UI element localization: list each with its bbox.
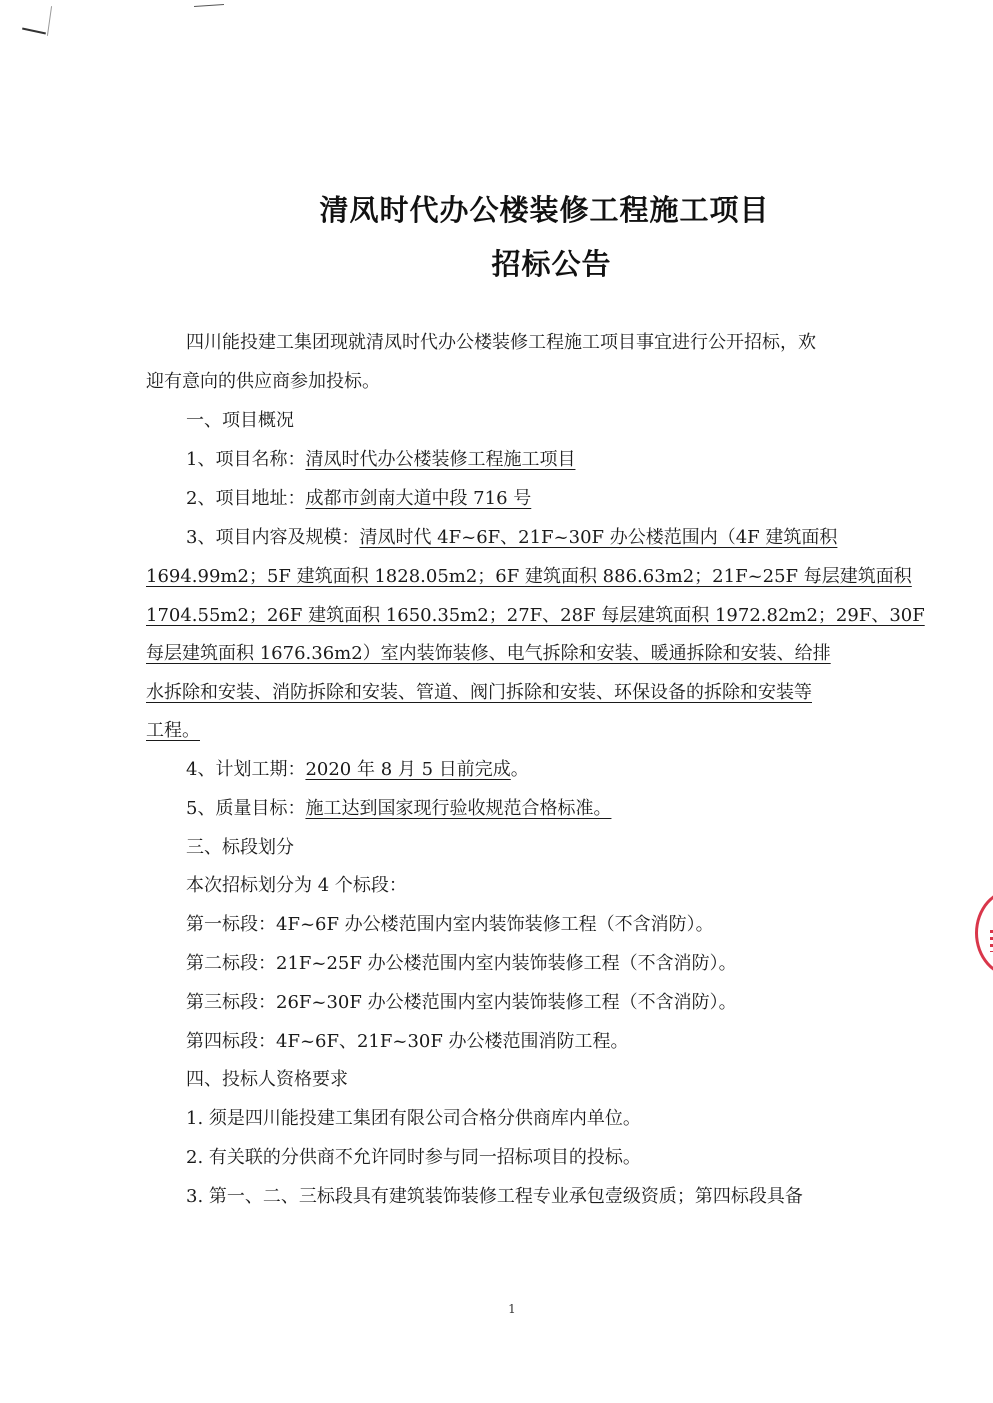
project-scope-line: 水拆除和安装、消防拆除和安装、管道、阀门拆除和安装、环保设备的拆除和安装等 <box>146 681 812 705</box>
intro-line-2: 迎有意向的供应商参加投标。 <box>146 370 380 394</box>
field-value: 2020 年 8 月 5 日前完成 <box>305 759 510 780</box>
lot-item: 第三标段：26F~30F 办公楼范围内室内装饰装修工程（不含消防）。 <box>186 991 737 1015</box>
scan-mark <box>194 4 224 7</box>
project-schedule-row: 4、计划工期：2020 年 8 月 5 日前完成。 <box>186 758 529 782</box>
field-value: 清凤时代 4F~6F、21F~30F 办公楼范围内（4F 建筑面积 <box>359 527 837 548</box>
qualification-item: 2. 有关联的分供商不允许同时参与同一招标项目的投标。 <box>186 1146 641 1170</box>
document-subtitle: 招标公告 <box>55 242 993 283</box>
page-number: 1 <box>0 1302 993 1316</box>
field-label: 5、质量目标： <box>186 798 305 819</box>
field-value: 成都市剑南大道中段 716 号 <box>305 488 531 509</box>
project-scope-line: 1694.99m2；5F 建筑面积 1828.05m2；6F 建筑面积 886.… <box>146 565 912 589</box>
field-value: 施工达到国家现行验收规范合格标准。 <box>305 798 611 819</box>
project-address-row: 2、项目地址：成都市剑南大道中段 716 号 <box>186 487 531 511</box>
document-title: 清凤时代办公楼装修工程施工项目 <box>48 188 993 229</box>
scan-mark <box>22 28 46 35</box>
section-heading: 一、项目概况 <box>186 409 294 433</box>
section-heading: 四、投标人资格要求 <box>186 1068 348 1092</box>
project-scope-line: 每层建筑面积 1676.36m2）室内装饰装修、电气拆除和安装、暖通拆除和安装、… <box>146 642 831 666</box>
project-scope-row: 3、项目内容及规模：清凤时代 4F~6F、21F~30F 办公楼范围内（4F 建… <box>186 526 837 550</box>
project-name-row: 1、项目名称：清凤时代办公楼装修工程施工项目 <box>186 448 575 472</box>
qualification-item: 3. 第一、二、三标段具有建筑装饰装修工程专业承包壹级资质；第四标段具备 <box>186 1185 803 1209</box>
project-scope-line: 工程。 <box>146 719 200 743</box>
field-label: 4、计划工期： <box>186 759 305 780</box>
field-label: 2、项目地址： <box>186 488 305 509</box>
project-scope-line: 1704.55m2；26F 建筑面积 1650.35m2；27F、28F 每层建… <box>146 604 925 628</box>
scan-mark <box>47 6 52 36</box>
lot-intro: 本次招标划分为 4 个标段： <box>186 874 407 898</box>
project-quality-row: 5、质量目标：施工达到国家现行验收规范合格标准。 <box>186 797 611 821</box>
lot-item: 第二标段：21F~25F 办公楼范围内室内装饰装修工程（不含消防）。 <box>186 952 737 976</box>
field-label: 1、项目名称： <box>186 449 305 470</box>
field-suffix: 。 <box>511 759 529 780</box>
field-label: 3、项目内容及规模： <box>186 527 359 548</box>
intro-line-1: 四川能投建工集团现就清凤时代办公楼装修工程施工项目事宜进行公开招标，欢 <box>186 331 816 355</box>
lot-item: 第四标段：4F~6F、21F~30F 办公楼范围消防工程。 <box>186 1030 629 1054</box>
lot-item: 第一标段：4F~6F 办公楼范围内室内装饰装修工程（不含消防）。 <box>186 913 714 937</box>
qualification-item: 1. 须是四川能投建工集团有限公司合格分供商库内单位。 <box>186 1107 641 1131</box>
section-heading: 三、标段划分 <box>186 836 294 860</box>
field-value: 清凤时代办公楼装修工程施工项目 <box>305 449 575 470</box>
